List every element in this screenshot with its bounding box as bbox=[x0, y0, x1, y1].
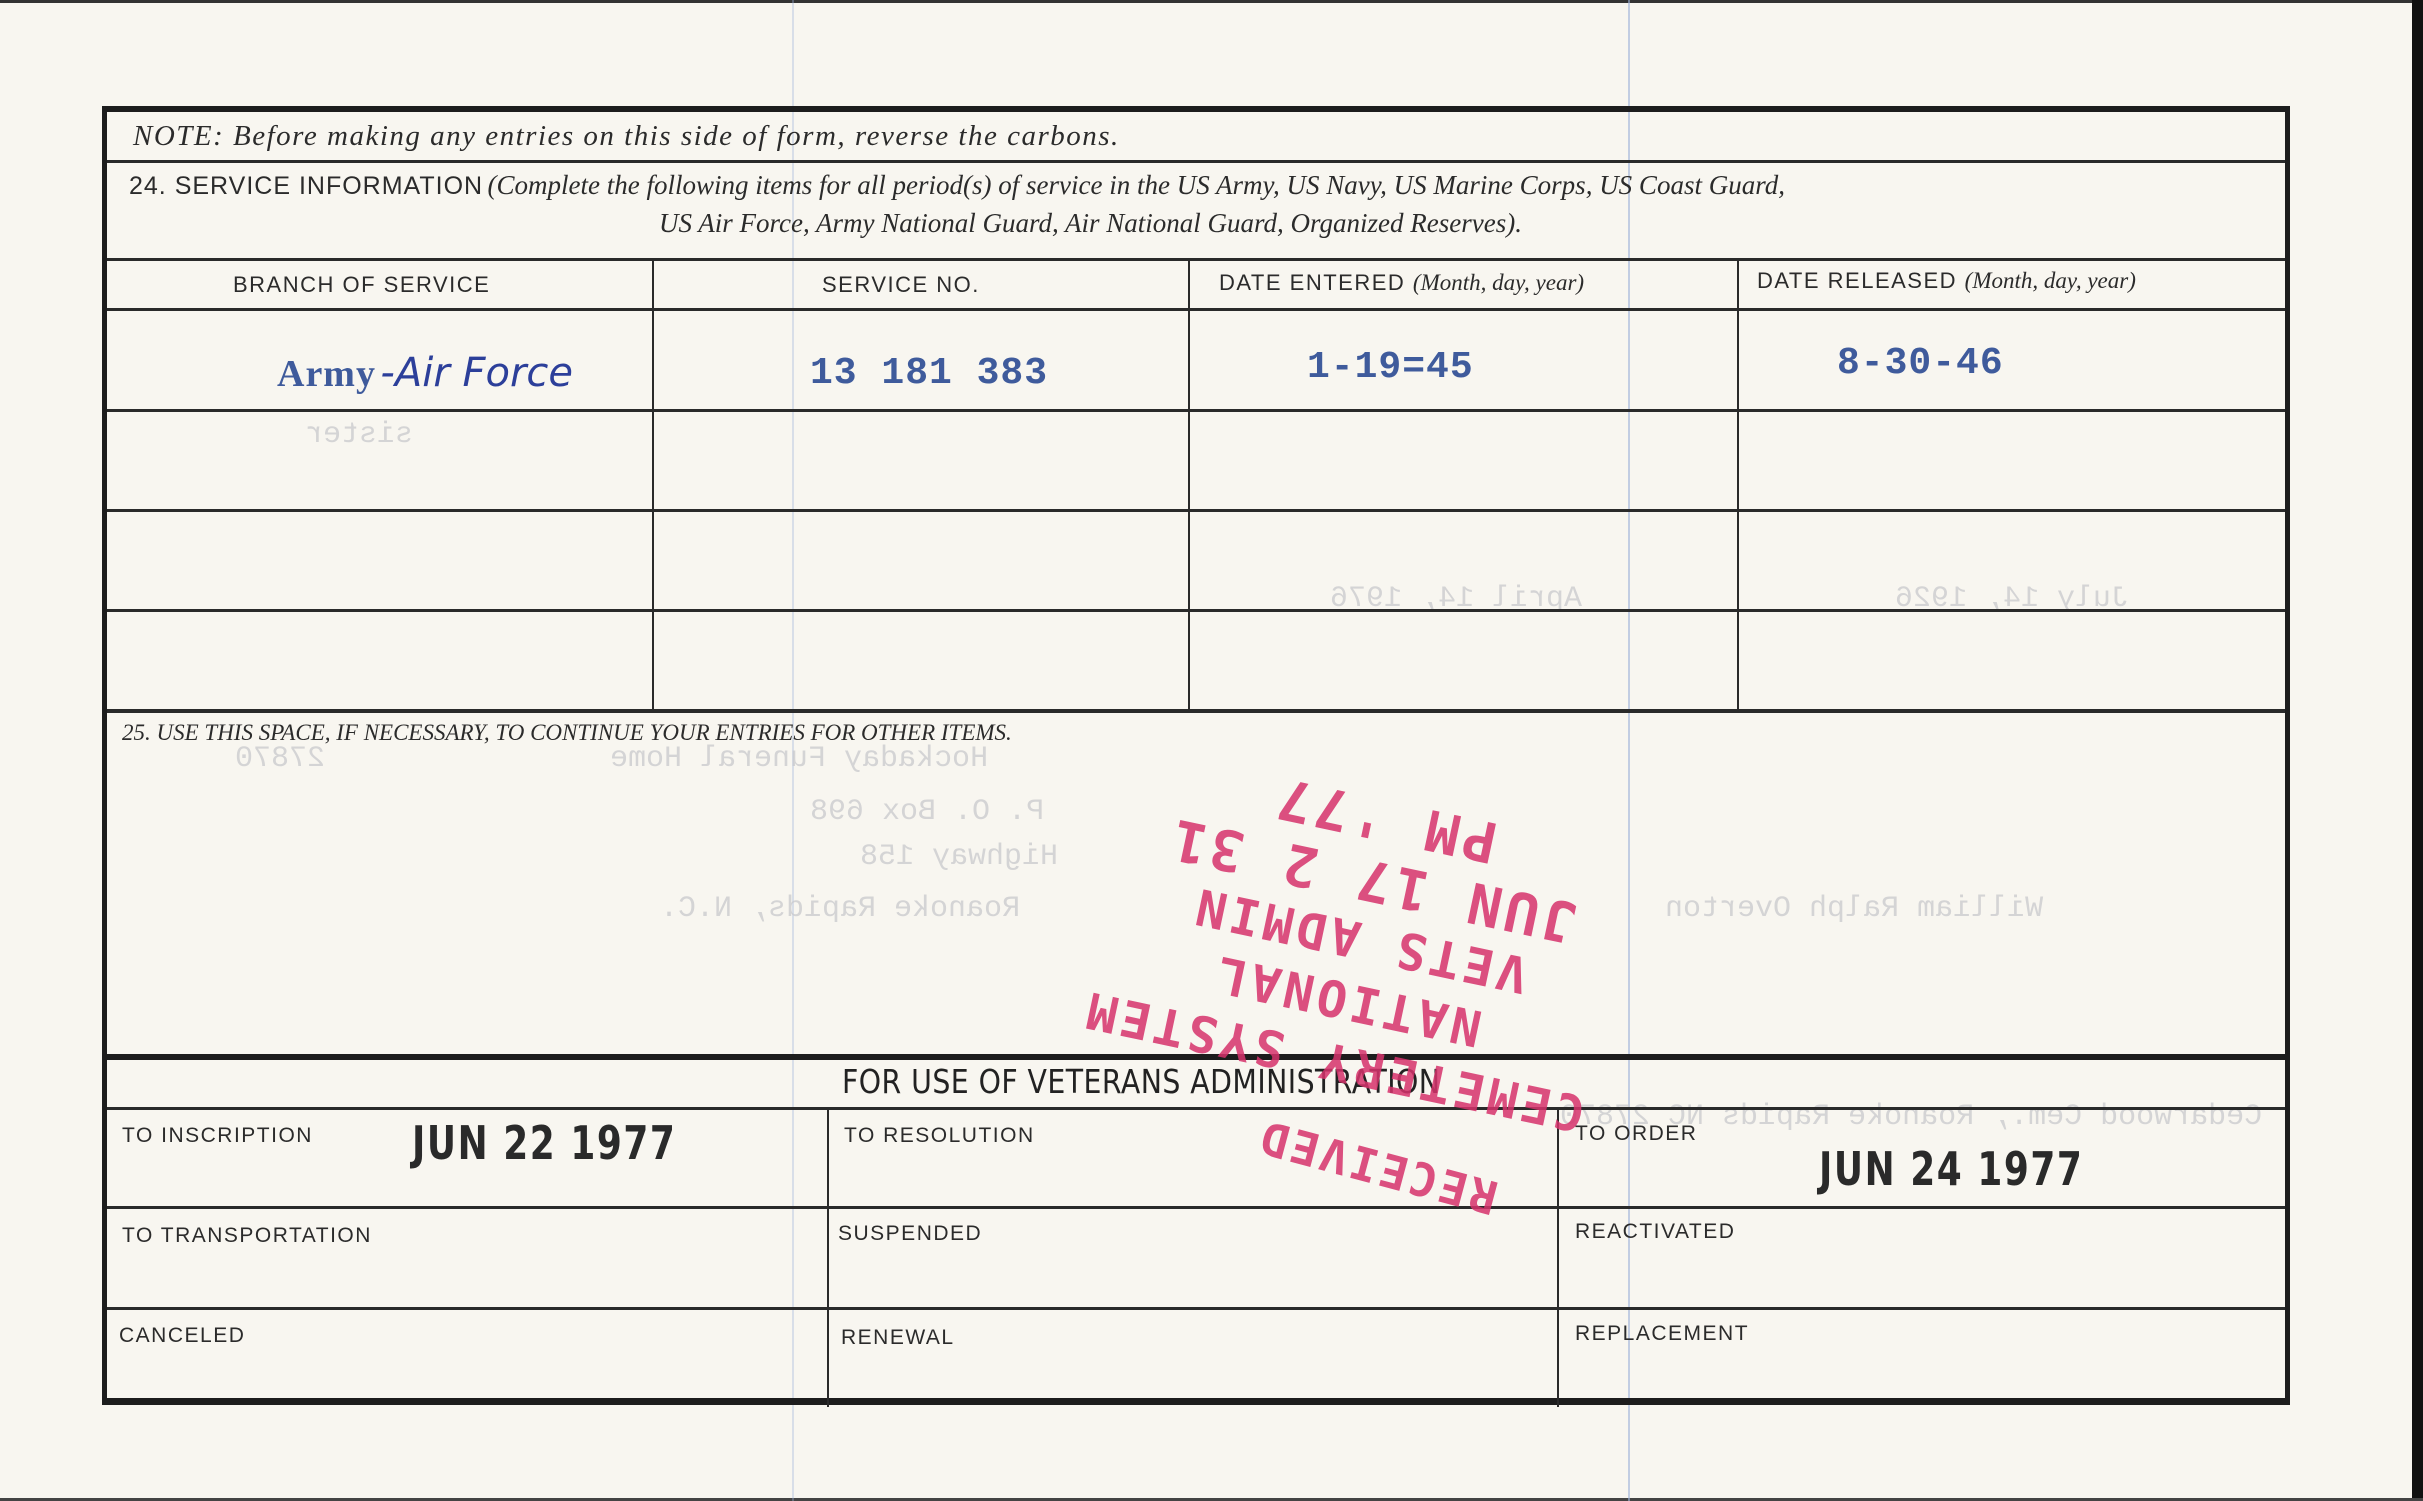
va-field-renewal: RENEWAL bbox=[841, 1326, 955, 1350]
section-24-header: 24. SERVICE INFORMATION (Complete the fo… bbox=[129, 170, 1785, 201]
col-header-label: BRANCH OF SERVICE bbox=[233, 272, 490, 297]
section-24-instructions-cont: US Air Force, Army National Guard, Air N… bbox=[659, 208, 1522, 239]
va-field-reactivated: REACTIVATED bbox=[1575, 1220, 1735, 1244]
col-header-hint: (Month, day, year) bbox=[1965, 268, 2136, 293]
divider bbox=[107, 308, 2285, 311]
col-header-branch: BRANCH OF SERVICE bbox=[233, 272, 490, 298]
divider bbox=[107, 709, 2285, 713]
va-field-to-order: TO ORDER bbox=[1575, 1122, 1697, 1146]
page-edge-right bbox=[2412, 0, 2423, 1501]
va-field-canceled: CANCELED bbox=[119, 1324, 245, 1348]
divider bbox=[107, 1206, 2285, 1209]
table-row-1-date-entered: 1-19=45 bbox=[1307, 346, 1474, 389]
section-24-instructions: (Complete the following items for all pe… bbox=[488, 170, 1785, 200]
divider bbox=[107, 1307, 2285, 1310]
col-header-hint: (Month, day, year) bbox=[1413, 270, 1584, 295]
column-divider bbox=[1737, 258, 1739, 712]
va-field-to-inscription: TO INSCRIPTION bbox=[122, 1124, 313, 1148]
column-divider bbox=[1188, 258, 1190, 712]
column-divider bbox=[652, 258, 654, 712]
col-header-label: SERVICE NO. bbox=[822, 272, 980, 297]
table-row-1-branch: Army -Air Force bbox=[277, 350, 573, 396]
divider bbox=[107, 1107, 2285, 1110]
divider bbox=[107, 160, 2285, 163]
col-header-date-released: DATE RELEASED (Month, day, year) bbox=[1757, 268, 2136, 294]
va-date-stamp-order: JUN 24 1977 bbox=[1819, 1142, 2083, 1196]
col-header-date-entered: DATE ENTERED (Month, day, year) bbox=[1219, 270, 1584, 296]
va-field-suspended: SUSPENDED bbox=[838, 1222, 982, 1246]
column-divider bbox=[827, 1107, 829, 1407]
va-field-replacement: REPLACEMENT bbox=[1575, 1322, 1749, 1346]
col-header-label: DATE RELEASED bbox=[1757, 268, 1957, 293]
carbon-note: NOTE: Before making any entries on this … bbox=[133, 120, 1120, 153]
column-divider bbox=[1557, 1107, 1559, 1407]
section-24-label: 24. SERVICE INFORMATION bbox=[129, 172, 483, 200]
page-edge-top bbox=[0, 0, 2423, 3]
va-field-to-resolution: TO RESOLUTION bbox=[844, 1124, 1035, 1148]
table-row-1-service-no: 13 181 383 bbox=[810, 352, 1048, 395]
divider bbox=[107, 509, 2285, 512]
va-date-stamp-inscription: JUN 22 1977 bbox=[412, 1116, 676, 1170]
divider bbox=[107, 409, 2285, 412]
divider bbox=[107, 258, 2285, 261]
branch-typed: Army bbox=[277, 353, 376, 395]
branch-handwritten: -Air Force bbox=[380, 350, 573, 396]
section-25-label: 25. USE THIS SPACE, IF NECESSARY, TO CON… bbox=[122, 720, 1012, 746]
va-field-to-transportation: TO TRANSPORTATION bbox=[122, 1224, 372, 1248]
table-row-1-date-released: 8-30-46 bbox=[1837, 342, 2004, 385]
divider bbox=[107, 609, 2285, 612]
col-header-service-no: SERVICE NO. bbox=[822, 272, 980, 298]
col-header-label: DATE ENTERED bbox=[1219, 270, 1405, 295]
